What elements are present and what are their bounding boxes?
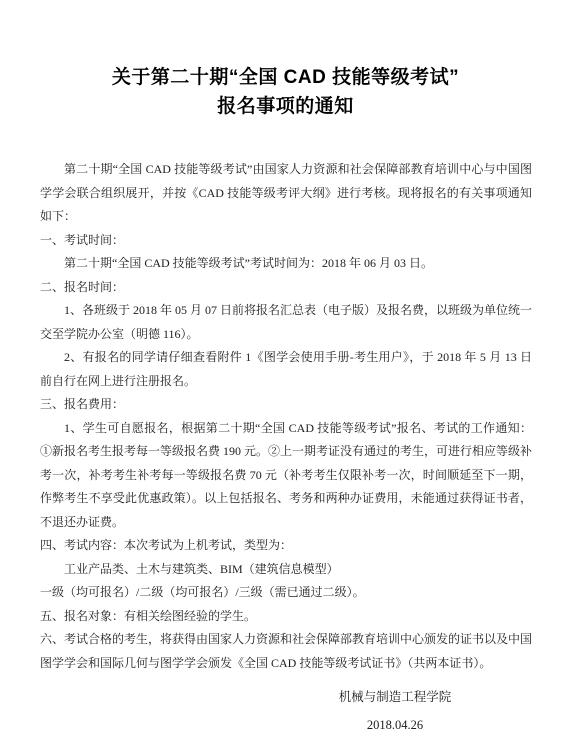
paragraph-exam-time: 第二十期“全国 CAD 技能等级考试”考试时间为：2018 年 06 月 03 … [40, 252, 532, 276]
notice-document-page: 关于第二十期“全国 CAD 技能等级考试” 报名事项的通知 第二十期“全国 CA… [0, 0, 571, 738]
document-title: 关于第二十期“全国 CAD 技能等级考试” 报名事项的通知 [0, 0, 571, 121]
document-title-line1: 关于第二十期“全国 CAD 技能等级考试” [0, 63, 571, 92]
paragraph-registration-2: 2、有报名的同学请仔细查看附件 1《图学会使用手册-考生用户》，于 2018 年… [40, 346, 532, 393]
paragraph-exam-levels: 一级（均可报名）/二级（均可报名）/三级（需已通过二级）。 [40, 581, 532, 605]
section-4-heading: 四、考试内容：本次考试为上机考试，类型为： [40, 534, 532, 558]
document-body: 第二十期“全国 CAD 技能等级考试”由国家人力资源和社会保障部教育培训中心与中… [40, 158, 532, 675]
signature-date: 2018.04.26 [300, 712, 490, 738]
paragraph-exam-categories: 工业产品类、土木与建筑类、BIM（建筑信息模型） [40, 558, 532, 582]
section-1-heading: 一、考试时间： [40, 229, 532, 253]
paragraph-registration-1: 1、各班级于 2018 年 05 月 07 日前将报名汇总表（电子版）及报名费，… [40, 299, 532, 346]
signature-block: 机械与制造工程学院 2018.04.26 [300, 684, 490, 738]
section-2-heading: 二、报名时间： [40, 276, 532, 300]
signature-organization: 机械与制造工程学院 [300, 684, 490, 712]
section-5-heading: 五、报名对象：有相关绘图经验的学生。 [40, 605, 532, 629]
document-title-line2: 报名事项的通知 [0, 92, 571, 121]
paragraph-fee-details: 1、学生可自愿报名，根据第二十期“全国 CAD 技能等级考试”报名、考试的工作通… [40, 417, 532, 535]
paragraph-intro: 第二十期“全国 CAD 技能等级考试”由国家人力资源和社会保障部教育培训中心与中… [40, 158, 532, 229]
section-3-heading: 三、报名费用： [40, 393, 532, 417]
section-6-heading: 六、考试合格的考生，将获得由国家人力资源和社会保障部教育培训中心颁发的证书以及中… [40, 628, 532, 675]
